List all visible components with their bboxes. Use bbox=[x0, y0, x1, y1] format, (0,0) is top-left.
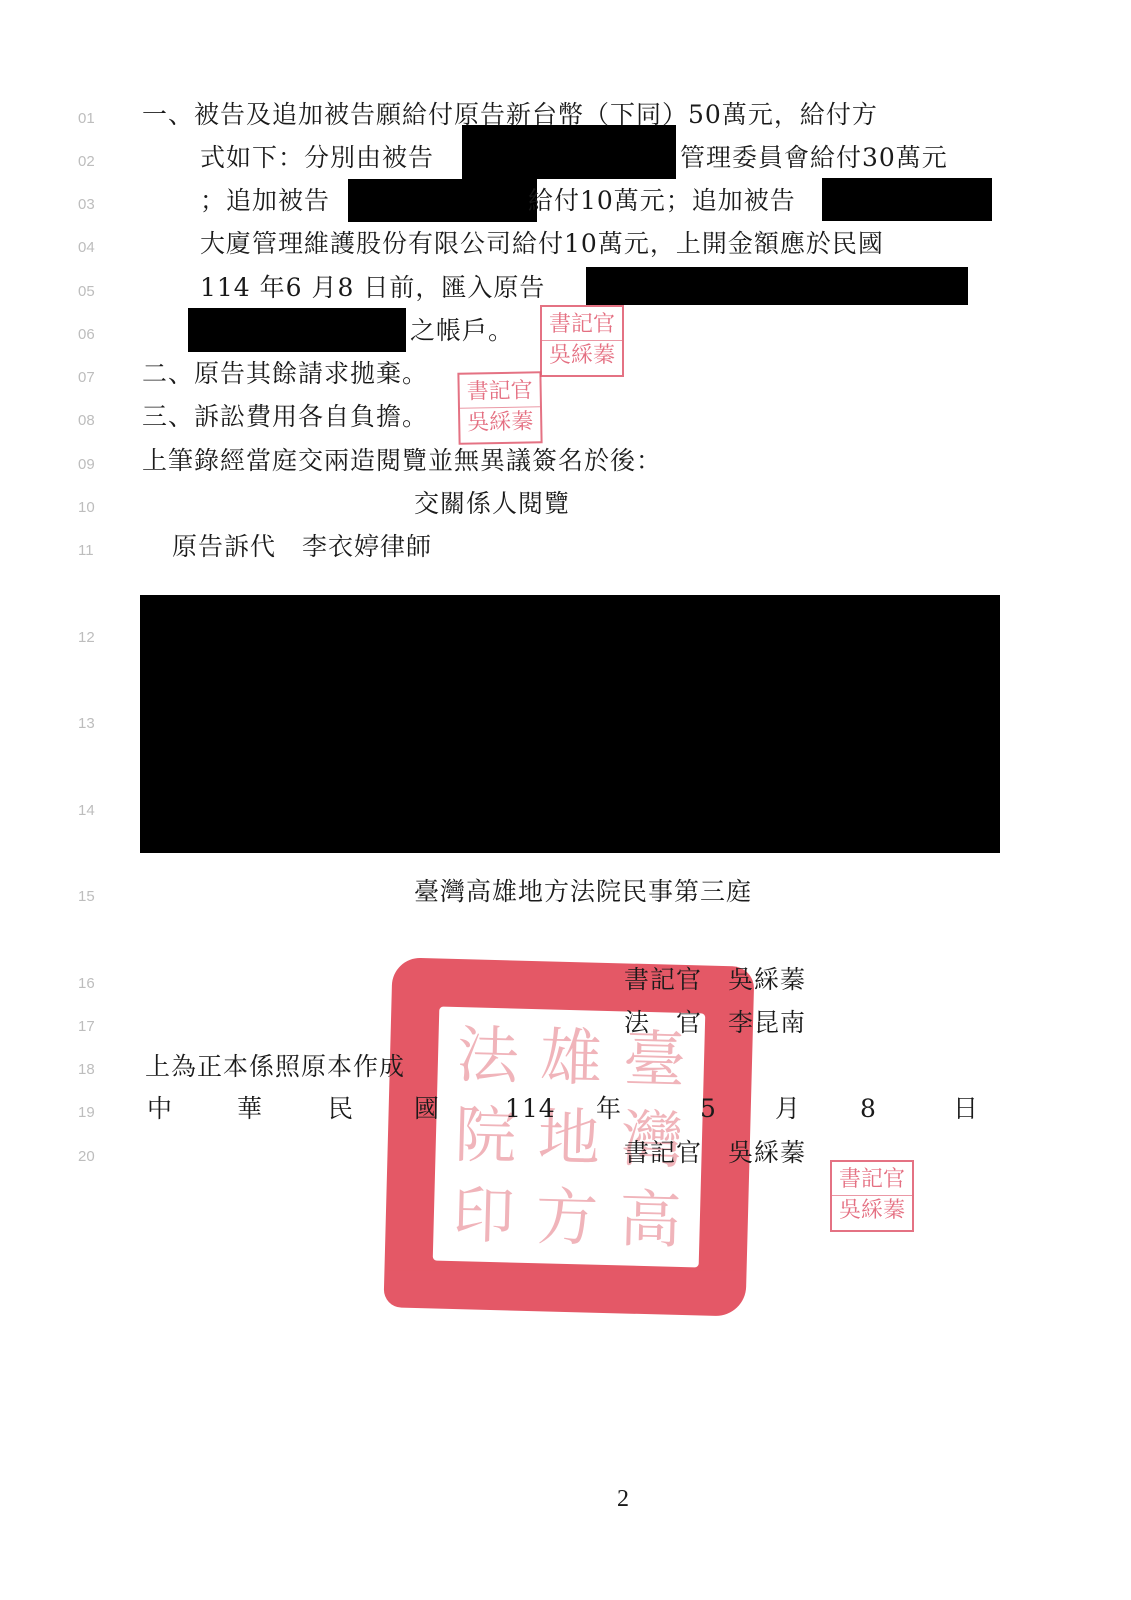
clerk-seal-title: 書記官 bbox=[459, 376, 540, 408]
line-number: 19 bbox=[78, 1104, 118, 1121]
clause-1-line-4: 大廈管理維護股份有限公司給付10萬元，上開金額應於民國 bbox=[200, 229, 884, 259]
line-number: 01 bbox=[78, 110, 118, 127]
court-name: 臺灣高雄地方法院民事第三庭 bbox=[414, 877, 752, 907]
clerk-seal-title: 書記官 bbox=[542, 310, 622, 341]
line-number: 06 bbox=[78, 326, 118, 343]
seal-glyph: 高 bbox=[607, 1179, 692, 1261]
line-number: 03 bbox=[78, 196, 118, 213]
line-number: 07 bbox=[78, 369, 118, 386]
date-char: 國 bbox=[414, 1094, 440, 1124]
line-number: 08 bbox=[78, 412, 118, 429]
line-number: 09 bbox=[78, 456, 118, 473]
line-number: 05 bbox=[78, 283, 118, 300]
clerk-seal-name: 吳綵蓁 bbox=[460, 407, 541, 438]
seal-glyph: 雄 bbox=[528, 1017, 613, 1099]
seal-glyph: 方 bbox=[524, 1177, 609, 1259]
clause-1-line-5: 114 年6 月8 日前，匯入原告 bbox=[200, 273, 545, 303]
clause-1-line-6: 之帳戶。 bbox=[410, 316, 514, 346]
clerk-seal-name: 吳綵蓁 bbox=[832, 1196, 912, 1226]
clause-1-line-2b: 管理委員會給付30萬元 bbox=[680, 143, 948, 173]
page-number: 2 bbox=[617, 1486, 629, 1513]
date-month: 5 bbox=[700, 1094, 717, 1124]
redaction-box bbox=[348, 179, 537, 222]
line-number: 17 bbox=[78, 1018, 118, 1035]
line-number: 10 bbox=[78, 499, 118, 516]
review-note: 交關係人閱覽 bbox=[414, 489, 570, 519]
judge-signature-line: 法 官 李昆南 bbox=[624, 1008, 806, 1038]
clerk-certification-line: 書記官 吳綵蓁 bbox=[624, 1138, 806, 1168]
line-number: 04 bbox=[78, 239, 118, 256]
line-number: 16 bbox=[78, 975, 118, 992]
date-char: 日 bbox=[953, 1094, 979, 1124]
true-copy-statement: 上為正本係照原本作成 bbox=[145, 1052, 405, 1082]
line-number: 18 bbox=[78, 1061, 118, 1078]
clause-1-line-3a: ；追加被告 bbox=[200, 186, 330, 216]
date-year: 114 bbox=[505, 1094, 556, 1124]
seal-glyph: 法 bbox=[445, 1015, 530, 1097]
line-number: 20 bbox=[78, 1148, 118, 1165]
line-number: 13 bbox=[78, 715, 118, 732]
date-day: 8 bbox=[860, 1094, 877, 1124]
clause-2: 二、原告其餘請求拋棄。 bbox=[142, 359, 428, 389]
plaintiff-attorney-signature: 原告訴代 李衣婷律師 bbox=[172, 532, 432, 562]
clause-1-line-2a: 式如下：分別由被告 bbox=[200, 143, 434, 173]
date-char: 中 bbox=[147, 1094, 173, 1124]
line-number: 11 bbox=[78, 542, 118, 559]
date-char: 華 bbox=[237, 1094, 263, 1124]
clerk-signature-line: 書記官 吳綵蓁 bbox=[624, 965, 806, 995]
date-char: 年 bbox=[596, 1094, 622, 1124]
seal-glyph: 印 bbox=[441, 1175, 526, 1257]
redaction-box bbox=[822, 178, 992, 221]
line-number: 12 bbox=[78, 629, 118, 646]
clerk-seal-title: 書記官 bbox=[832, 1165, 912, 1196]
clerk-seal-name: 吳綵蓁 bbox=[542, 341, 622, 371]
clerk-seal-stamp: 書記官 吳綵蓁 bbox=[457, 371, 542, 444]
line-number: 02 bbox=[78, 153, 118, 170]
redaction-block bbox=[140, 595, 1000, 853]
redaction-box bbox=[462, 125, 676, 179]
date-char: 民 bbox=[328, 1094, 354, 1124]
clerk-seal-stamp: 書記官 吳綵蓁 bbox=[540, 305, 624, 377]
clause-1-line-3b: 給付10萬元；追加被告 bbox=[528, 186, 796, 216]
redaction-box bbox=[586, 267, 968, 305]
date-char: 月 bbox=[775, 1094, 801, 1124]
clause-3: 三、訴訟費用各自負擔。 bbox=[142, 402, 428, 432]
redaction-box bbox=[188, 308, 406, 352]
line-number: 14 bbox=[78, 802, 118, 819]
clerk-seal-stamp: 書記官 吳綵蓁 bbox=[830, 1160, 914, 1232]
record-confirmation: 上筆錄經當庭交兩造閱覽並無異議簽名於後： bbox=[142, 446, 662, 476]
line-number: 15 bbox=[78, 888, 118, 905]
